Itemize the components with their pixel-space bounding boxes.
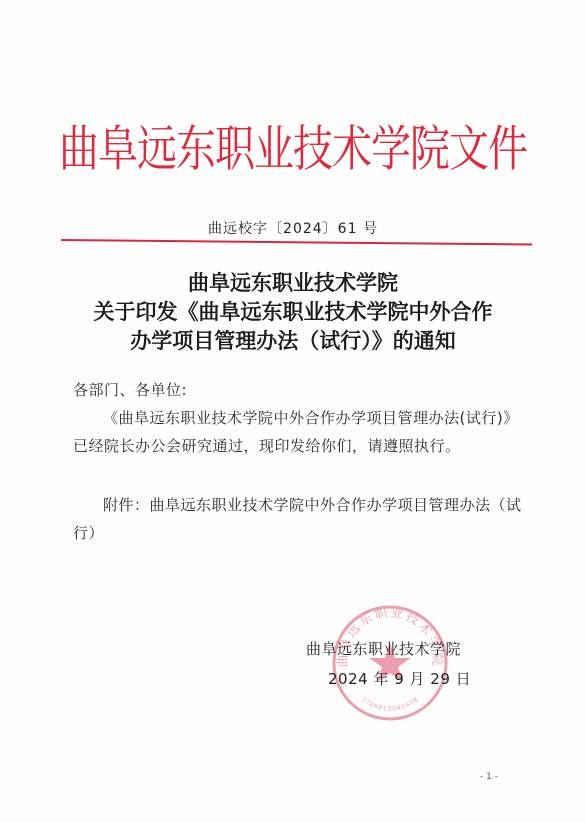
attachment-paragraph: 附件：曲阜远东职业技术学院中外合作办学项目管理办法（试 行） xyxy=(73,491,533,547)
signature-block: 曲阜远东职业技术学院 2024 年 9 月 29 日 xyxy=(306,634,471,694)
notice-title-line-3: 办学项目管理办法（试行）》的通知 xyxy=(0,326,586,355)
document-page: 曲阜远东职业技术学院文件 曲远校字〔2024〕61 号 曲阜远东职业技术学院 关… xyxy=(0,0,586,822)
red-divider-line xyxy=(61,239,532,246)
attachment-line-2: 行） xyxy=(73,519,533,547)
seal-code-text: 3708813040578 xyxy=(360,696,420,712)
notice-title: 曲阜远东职业技术学院 关于印发《曲阜远东职业技术学院中外合作 办学项目管理办法（… xyxy=(0,268,586,355)
notice-title-line-2: 关于印发《曲阜远东职业技术学院中外合作 xyxy=(0,297,586,326)
salutation: 各部门、各单位: xyxy=(73,376,533,404)
document-number: 曲远校字〔2024〕61 号 xyxy=(0,218,586,238)
document-header-title: 曲阜远东职业技术学院文件 xyxy=(0,112,586,188)
body-line-1: 《曲阜远东职业技术学院中外合作办学项目管理办法(试行)》 xyxy=(73,404,533,432)
issue-date: 2024 年 9 月 29 日 xyxy=(306,664,471,694)
svg-text:3708813040578: 3708813040578 xyxy=(360,696,420,712)
notice-title-line-1: 曲阜远东职业技术学院 xyxy=(0,268,586,297)
attachment-line-1: 附件：曲阜远东职业技术学院中外合作办学项目管理办法（试 xyxy=(73,491,533,519)
issuer-name: 曲阜远东职业技术学院 xyxy=(306,634,471,664)
page-number: - 1 - xyxy=(480,772,498,782)
body-line-2: 已经院长办公会研究通过，现印发给你们，请遵照执行。 xyxy=(73,432,533,460)
body-paragraph: 《曲阜远东职业技术学院中外合作办学项目管理办法(试行)》 已经院长办公会研究通过… xyxy=(73,404,533,460)
